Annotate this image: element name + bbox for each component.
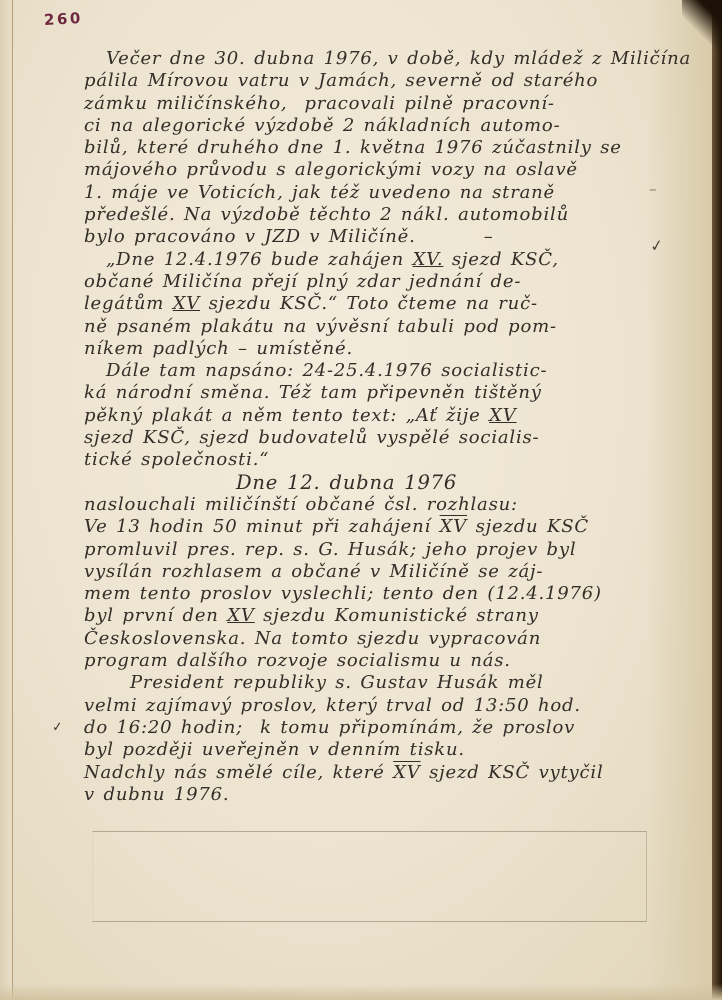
text-line: promluvil pres. rep. s. G. Husák; jeho p… bbox=[84, 539, 684, 561]
text-line: Ve 13 hodin 50 minut při zahájení XV sje… bbox=[84, 516, 684, 538]
text-line: mem tento proslov vyslechli; tento den (… bbox=[84, 583, 684, 605]
text-line: ně psaném plakátu na vývěsní tabuli pod … bbox=[84, 316, 684, 338]
paragraph: President republiky s. Gustav Husák mělv… bbox=[84, 672, 684, 806]
text-line: ká národní směna. Též tam připevněn tišt… bbox=[84, 382, 684, 404]
text-line: v dubnu 1976. bbox=[84, 784, 684, 806]
text-line: do 16:20 hodin; k tomu připomínám, že pr… bbox=[84, 717, 684, 739]
pencil-dash-mark: – bbox=[649, 180, 657, 198]
text-line: níkem padlých – umístěné. bbox=[84, 338, 684, 360]
text-line: zámku miličínského, pracovali pilně prac… bbox=[84, 93, 684, 115]
scanned-chronicle-page: 260 Večer dne 30. dubna 1976, v době, kd… bbox=[0, 0, 722, 1000]
text-line: předešlé. Na výzdobě těchto 2 nákl. auto… bbox=[84, 204, 684, 226]
scan-bottom-edge bbox=[0, 984, 722, 1000]
text-line: občané Miličína přejí plný zdar jednání … bbox=[84, 271, 684, 293]
paragraph: „Dne 12.4.1976 bude zahájen XV. sjezd KS… bbox=[84, 249, 684, 360]
text-line: program dalšího rozvoje socialismu u nás… bbox=[84, 650, 684, 672]
handwritten-text-block: Večer dne 30. dubna 1976, v době, kdy ml… bbox=[84, 48, 684, 806]
checkmark-right-margin: ✓ bbox=[649, 235, 665, 256]
scan-right-edge bbox=[712, 0, 722, 1000]
text-line: ci na alegorické výzdobě 2 nákladních au… bbox=[84, 115, 684, 137]
paragraph: Dále tam napsáno: 24-25.4.1976 socialist… bbox=[84, 360, 684, 471]
text-line: legátům XV sjezdu KSČ.“ Toto čteme na ru… bbox=[84, 293, 684, 315]
text-line: byl první den XV sjezdu Komunistické str… bbox=[84, 605, 684, 627]
text-line: Nadchly nás smělé cíle, které XV sjezd K… bbox=[84, 762, 684, 784]
text-line: bilů, které druhého dne 1. května 1976 z… bbox=[84, 137, 684, 159]
paragraph: Večer dne 30. dubna 1976, v době, kdy ml… bbox=[84, 48, 684, 249]
text-line: velmi zajímavý proslov, který trval od 1… bbox=[84, 695, 684, 717]
text-line: pěkný plakát a něm tento text: „Ať žije … bbox=[84, 405, 684, 427]
text-line: sjezd KSČ, sjezd budovatelů vyspělé soci… bbox=[84, 427, 684, 449]
text-line: tické společnosti.“ bbox=[84, 449, 684, 471]
text-line: naslouchali miličínští občané čsl. rozhl… bbox=[84, 494, 684, 516]
text-line: pálila Mírovou vatru v Jamách, severně o… bbox=[84, 70, 684, 92]
text-line: májového průvodu s alegorickými vozy na … bbox=[84, 159, 684, 181]
page-number: 260 bbox=[44, 9, 84, 29]
text-line: 1. máje ve Voticích, jak též uvedeno na … bbox=[84, 182, 684, 204]
paragraph: naslouchali miličínští občané čsl. rozhl… bbox=[84, 494, 684, 672]
binding-edge bbox=[0, 0, 13, 1000]
text-line: byl později uveřejněn v denním tisku. bbox=[84, 739, 684, 761]
faint-pencil-frame bbox=[92, 831, 647, 922]
text-line: vysílán rozhlasem a občané v Miličíně se… bbox=[84, 561, 684, 583]
checkmark-left-margin: ✓ bbox=[51, 720, 63, 736]
text-line: bylo pracováno v JZD v Miličíně. – bbox=[84, 226, 684, 248]
text-line: President republiky s. Gustav Husák měl bbox=[84, 672, 684, 694]
scan-corner-shadow bbox=[682, 0, 722, 52]
text-line: „Dne 12.4.1976 bude zahájen XV. sjezd KS… bbox=[84, 249, 684, 271]
text-line: Dále tam napsáno: 24-25.4.1976 socialist… bbox=[84, 360, 684, 382]
text-line: Dne 12. dubna 1976 bbox=[84, 472, 684, 494]
text-line: Československa. Na tomto sjezdu vypracov… bbox=[84, 628, 684, 650]
text-line: Večer dne 30. dubna 1976, v době, kdy ml… bbox=[84, 48, 684, 70]
section-heading: Dne 12. dubna 1976 bbox=[84, 472, 684, 494]
